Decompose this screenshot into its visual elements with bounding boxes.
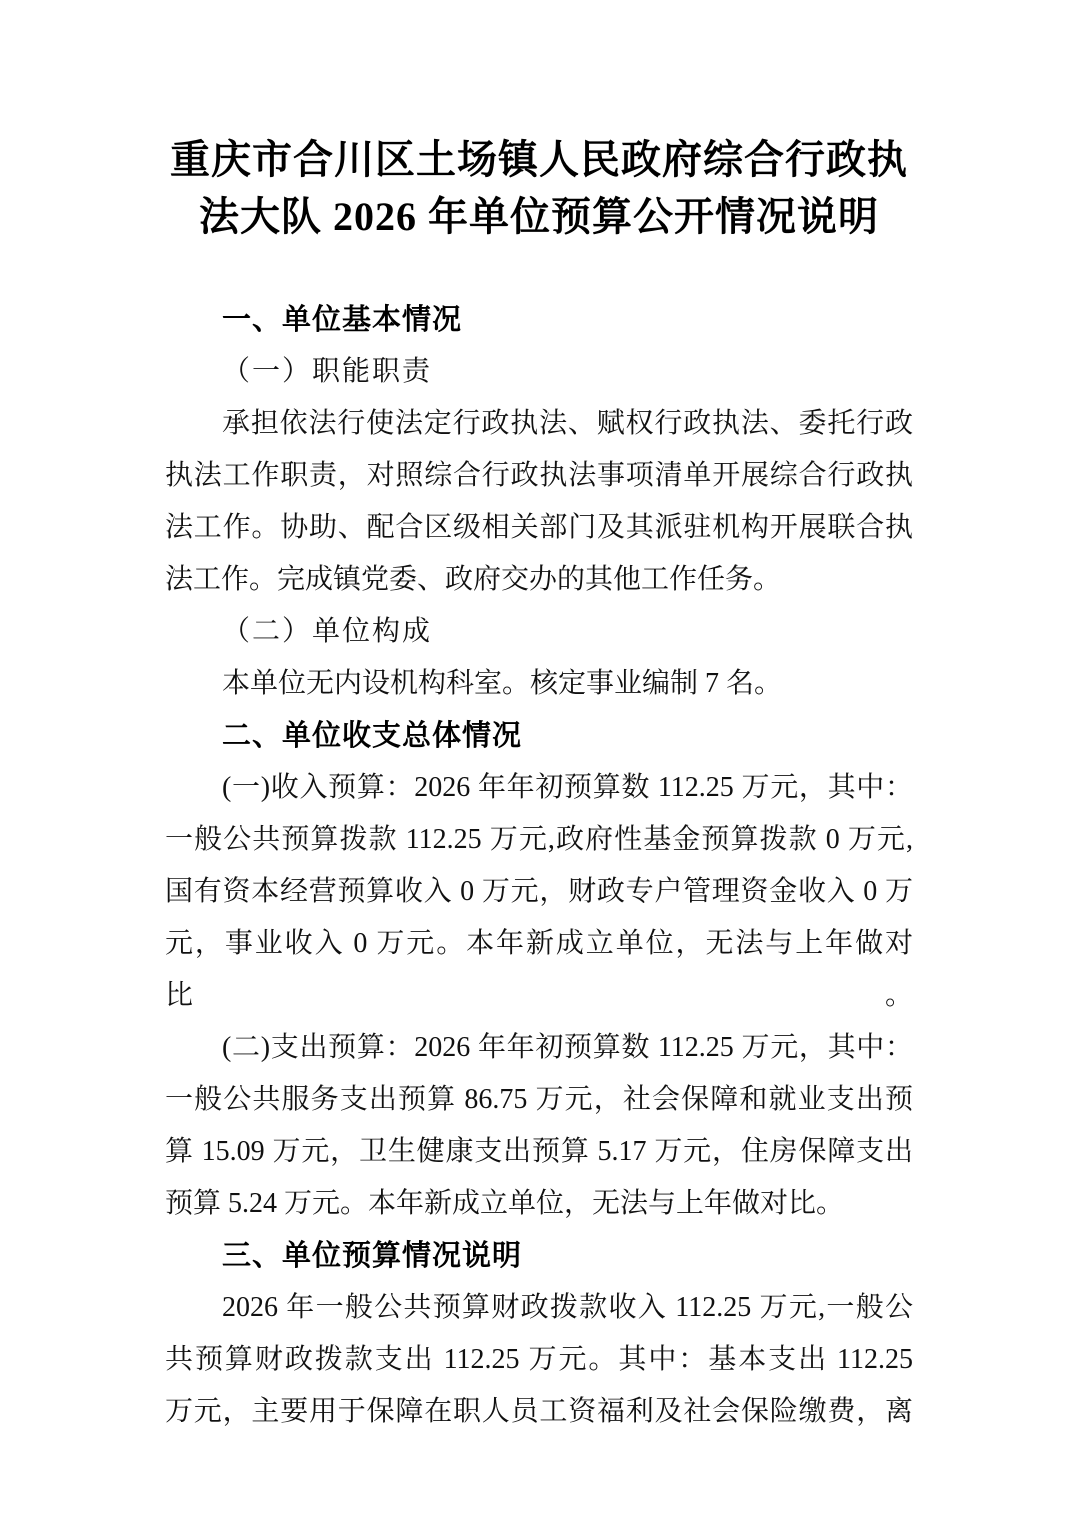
- body-text-line: 国有资本经营预算收入 0 万元，财政专户管理资金收入 0 万: [165, 866, 913, 918]
- body-text-line: 2026 年一般公共预算财政拨款收入 112.25 万元,一般公: [165, 1282, 913, 1334]
- body-text-line: 执法工作职责，对照综合行政执法事项清单开展综合行政执: [165, 450, 913, 502]
- sub-section-heading: （一）职能职责: [165, 346, 913, 398]
- section-heading: 一、单位基本情况: [165, 294, 913, 346]
- body-text-line: 法工作。协助、配合区级相关部门及其派驻机构开展联合执: [165, 502, 913, 554]
- body-text-line: (二)支出预算：2026 年年初预算数 112.25 万元，其中：: [165, 1022, 913, 1074]
- section-heading: 三、单位预算情况说明: [165, 1230, 913, 1282]
- sub-section-heading: （二）单位构成: [165, 606, 913, 658]
- body-text-line: 万元，主要用于保障在职人员工资福利及社会保险缴费，离: [165, 1386, 913, 1438]
- body-text-line: 法工作。完成镇党委、政府交办的其他工作任务。: [165, 554, 913, 606]
- document-title: 重庆市合川区土场镇人民政府综合行政执 法大队 2026 年单位预算公开情况说明: [165, 131, 913, 245]
- document-page: 重庆市合川区土场镇人民政府综合行政执 法大队 2026 年单位预算公开情况说明 …: [0, 0, 1074, 1520]
- body-text-line: 一般公共预算拨款 112.25 万元,政府性基金预算拨款 0 万元,: [165, 814, 913, 866]
- body-text-line: 承担依法行使法定行政执法、赋权行政执法、委托行政: [165, 398, 913, 450]
- title-line-1: 重庆市合川区土场镇人民政府综合行政执: [165, 131, 913, 188]
- body-text-line: 一般公共服务支出预算 86.75 万元，社会保障和就业支出预: [165, 1074, 913, 1126]
- section-heading: 二、单位收支总体情况: [165, 710, 913, 762]
- document-body: 一、单位基本情况（一）职能职责承担依法行使法定行政执法、赋权行政执法、委托行政执…: [165, 294, 913, 1438]
- body-text-line: 元，事业收入 0 万元。本年新成立单位，无法与上年做对比。: [165, 918, 913, 1022]
- body-text-line: (一)收入预算：2026 年年初预算数 112.25 万元，其中：: [165, 762, 913, 814]
- body-text-line: 算 15.09 万元，卫生健康支出预算 5.17 万元，住房保障支出: [165, 1126, 913, 1178]
- title-line-2: 法大队 2026 年单位预算公开情况说明: [165, 188, 913, 245]
- body-text-line: 本单位无内设机构科室。核定事业编制 7 名。: [165, 658, 913, 710]
- body-text-line: 预算 5.24 万元。本年新成立单位，无法与上年做对比。: [165, 1178, 913, 1230]
- body-text-line: 共预算财政拨款支出 112.25 万元。其中：基本支出 112.25: [165, 1334, 913, 1386]
